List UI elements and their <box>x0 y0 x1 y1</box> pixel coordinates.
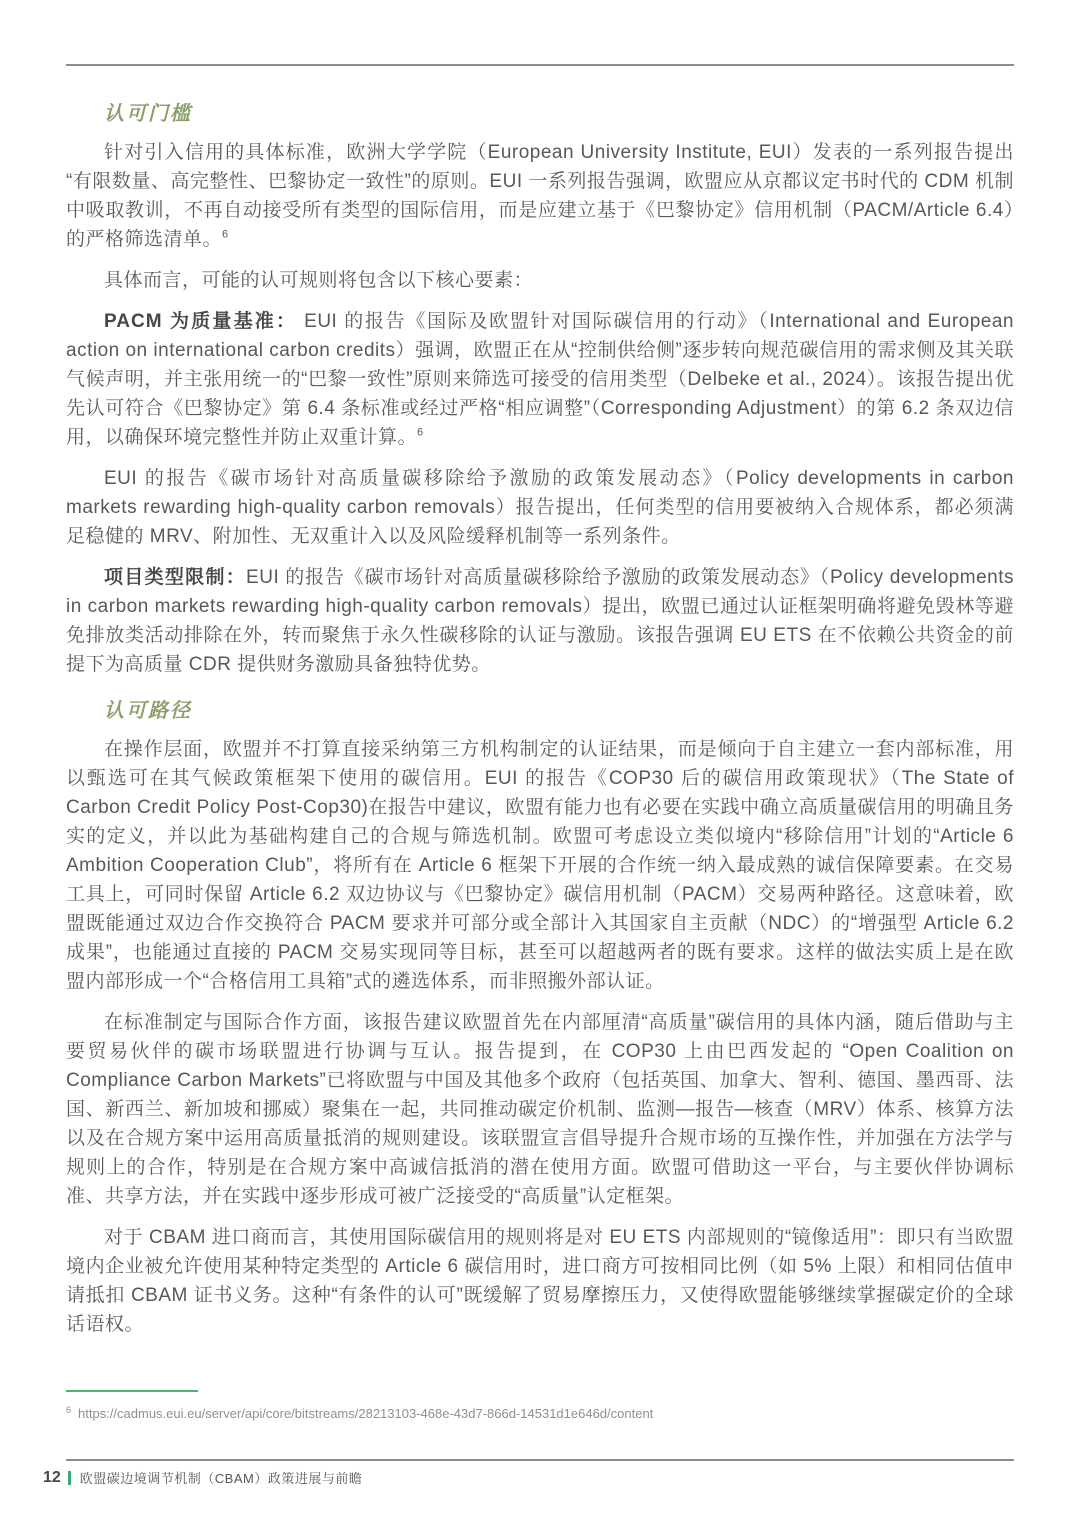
footnote-line: 6https://cadmus.eui.eu/server/api/core/b… <box>66 1406 653 1422</box>
paragraph-core-elements-intro: 具体而言，可能的认可规则将包含以下核心要素： <box>66 266 1014 295</box>
paragraph-text: 对于 CBAM 进口商而言，其使用国际碳信用的规则将是对 EU ETS 内部规则… <box>66 1227 1014 1335</box>
section-heading-accreditation-threshold: 认可门槛 <box>104 102 1014 126</box>
footnote-url[interactable]: https://cadmus.eui.eu/server/api/core/bi… <box>78 1406 653 1421</box>
page-body: 认可门槛 针对引入信用的具体标准，欧洲大学学院（European Univers… <box>66 66 1014 1351</box>
footnote-marker: 6 <box>66 1405 71 1415</box>
document-page: 认可门槛 针对引入信用的具体标准，欧洲大学学院（European Univers… <box>0 0 1080 1527</box>
paragraph-eui-removals-report: EUI 的报告《碳市场针对高质量碳移除给予激励的政策发展动态》（Policy d… <box>66 464 1014 551</box>
paragraph-text: EUI 的报告《碳市场针对高质量碳移除给予激励的政策发展动态》（Policy d… <box>66 468 1014 547</box>
section-heading-accreditation-path: 认可路径 <box>104 699 1014 723</box>
page-footer: 12 欧盟碳边境调节机制（CBAM）政策进展与前瞻 <box>43 1468 362 1487</box>
footnote-area: 6https://cadmus.eui.eu/server/api/core/b… <box>66 1390 653 1422</box>
footnote-divider <box>66 1390 198 1392</box>
paragraph-project-type-limits: 项目类型限制：EUI 的报告《碳市场针对高质量碳移除给予激励的政策发展动态》（P… <box>66 563 1014 679</box>
paragraph-text: 在标准制定与国际合作方面，该报告建议欧盟首先在内部厘清“高质量”碳信用的具体内涵… <box>66 1012 1014 1207</box>
paragraph-credit-criteria: 针对引入信用的具体标准，欧洲大学学院（European University I… <box>66 138 1014 254</box>
paragraph-text: 在操作层面，欧盟并不打算直接采纳第三方机构制定的认证结果，而是倾向于自主建立一套… <box>66 739 1014 992</box>
paragraph-operational-level: 在操作层面，欧盟并不打算直接采纳第三方机构制定的认证结果，而是倾向于自主建立一套… <box>66 735 1014 996</box>
paragraph-text: 针对引入信用的具体标准，欧洲大学学院（European University I… <box>66 142 1014 250</box>
paragraph-standards-cooperation: 在标准制定与国际合作方面，该报告建议欧盟首先在内部厘清“高质量”碳信用的具体内涵… <box>66 1008 1014 1211</box>
footnote-ref-icon[interactable]: 6 <box>417 427 424 439</box>
footer-document-title: 欧盟碳边境调节机制（CBAM）政策进展与前瞻 <box>80 1468 363 1487</box>
paragraph-bold-lead: 项目类型限制： <box>104 567 246 588</box>
bottom-rule <box>66 1459 1014 1461</box>
page-number: 12 <box>43 1469 61 1487</box>
paragraph-bold-lead: PACM 为质量基准： <box>104 311 297 332</box>
footer-divider-bar <box>68 1471 71 1485</box>
paragraph-text: 具体而言，可能的认可规则将包含以下核心要素： <box>104 270 533 291</box>
paragraph-pacm-quality-benchmark: PACM 为质量基准： EUI 的报告《国际及欧盟针对国际碳信用的行动》（Int… <box>66 307 1014 452</box>
paragraph-cbam-importers: 对于 CBAM 进口商而言，其使用国际碳信用的规则将是对 EU ETS 内部规则… <box>66 1223 1014 1339</box>
footnote-ref-icon[interactable]: 6 <box>222 229 229 241</box>
